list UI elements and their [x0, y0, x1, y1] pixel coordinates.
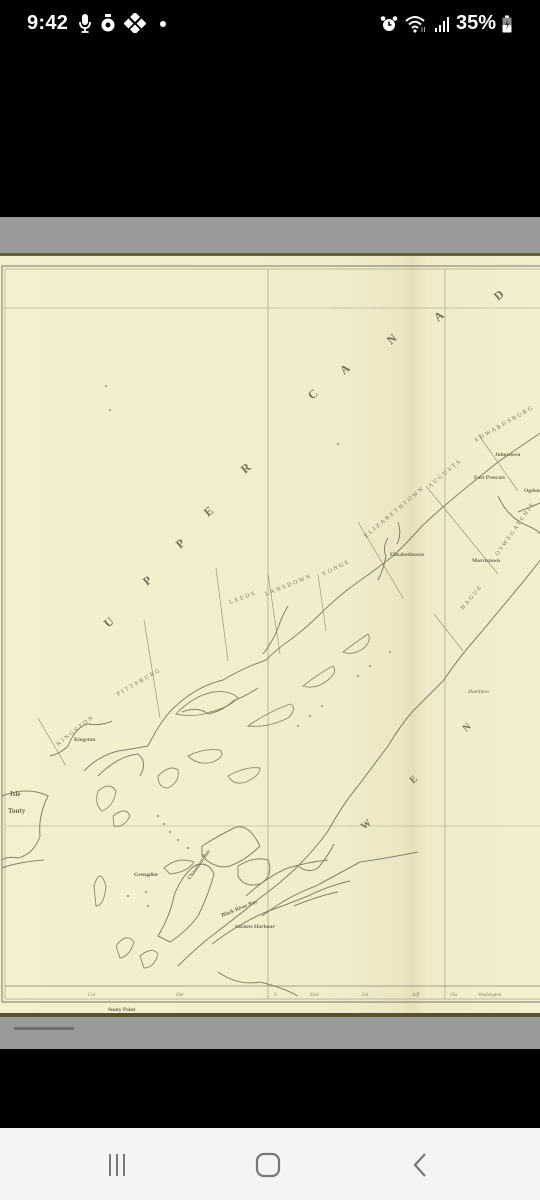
back-chevron-icon	[407, 1151, 433, 1179]
recent-apps-icon	[104, 1152, 130, 1178]
svg-text:E: E	[408, 773, 420, 786]
wifi-icon	[404, 14, 428, 34]
status-left-icons	[78, 13, 168, 33]
microphone-icon	[78, 13, 92, 33]
map-credit-text	[14, 1027, 74, 1030]
svg-text:Tonty: Tonty	[8, 807, 26, 815]
home-icon	[254, 1151, 282, 1179]
svg-text:LEEDS: LEEDS	[229, 590, 258, 605]
svg-text:N: N	[384, 331, 400, 348]
recent-apps-button[interactable]	[97, 1148, 137, 1182]
signal-icon	[434, 15, 450, 33]
svg-text:E: E	[201, 503, 216, 519]
home-button[interactable]	[248, 1148, 288, 1182]
svg-text:YONGE: YONGE	[321, 559, 351, 578]
svg-text:EDWARDSBURG: EDWARDSBURG	[474, 405, 536, 444]
battery-percent: 35%	[456, 12, 496, 35]
svg-text:Sackets Harbour: Sackets Harbour	[235, 924, 275, 930]
svg-text:Isle: Isle	[10, 790, 21, 798]
svg-text:LANSDOWN: LANSDOWN	[265, 573, 314, 597]
svg-text:East: East	[309, 993, 320, 998]
alarm-icon	[380, 15, 398, 33]
svg-text:Hamilton: Hamilton	[467, 689, 489, 695]
status-time: 9:42	[27, 12, 68, 35]
svg-text:Fort Prescott: Fort Prescott	[474, 475, 505, 481]
svg-text:S: S	[274, 993, 277, 998]
svg-text:Morristown: Morristown	[472, 558, 500, 564]
map-scan-image[interactable]: KINGSTON PITTSBURG LEEDS LANSDOWN YONGE …	[0, 217, 540, 1049]
status-bar: 9:42	[0, 0, 540, 50]
notification-dot-icon	[154, 13, 168, 33]
svg-text:Jeff: Jeff	[412, 993, 420, 998]
svg-text:Grenadier: Grenadier	[134, 872, 159, 878]
svg-text:P: P	[173, 536, 188, 551]
svg-text:D: D	[491, 287, 507, 304]
svg-text:A: A	[431, 308, 447, 325]
svg-text:Ogdensburg: Ogdensburg	[524, 488, 540, 494]
svg-text:C: C	[305, 386, 321, 402]
svg-text:Lei: Lei	[361, 993, 369, 998]
svg-text:AUGUSTA: AUGUSTA	[427, 458, 463, 490]
back-button[interactable]	[400, 1148, 440, 1182]
svg-text:W: W	[359, 817, 374, 832]
svg-text:Johnstown: Johnstown	[495, 452, 520, 458]
svg-text:N: N	[461, 721, 474, 735]
svg-text:Oss: Oss	[450, 993, 458, 998]
svg-text:Chaumont Bay: Chaumont Bay	[187, 848, 212, 881]
app-diamond-icon	[124, 13, 146, 33]
svg-text:Ont: Ont	[176, 993, 184, 998]
svg-text:R: R	[238, 460, 254, 477]
status-right-icons: 35%	[380, 12, 512, 35]
svg-text:OSWEGATCHIE: OSWEGATCHIE	[495, 501, 537, 557]
navigation-bar	[0, 1128, 540, 1200]
svg-text:P: P	[140, 573, 155, 588]
map-drawing: KINGSTON PITTSBURG LEEDS LANSDOWN YONGE …	[0, 256, 540, 1020]
image-viewer[interactable]: KINGSTON PITTSBURG LEEDS LANSDOWN YONGE …	[0, 50, 540, 1128]
svg-text:Black River Bay: Black River Bay	[221, 899, 259, 919]
svg-text:Cal: Cal	[88, 993, 96, 998]
svg-text:HAGUE: HAGUE	[460, 584, 485, 612]
svg-text:A: A	[337, 361, 353, 378]
svg-text:Washington: Washington	[478, 993, 502, 998]
map-paper: KINGSTON PITTSBURG LEEDS LANSDOWN YONGE …	[0, 253, 540, 1017]
svg-text:Elizabethtown: Elizabethtown	[390, 552, 424, 558]
timer-lock-icon	[100, 13, 116, 33]
svg-text:Stony Point: Stony Point	[108, 1007, 136, 1013]
battery-charging-icon	[502, 15, 512, 33]
svg-text:U: U	[101, 614, 117, 631]
svg-text:Kingston: Kingston	[74, 737, 95, 743]
